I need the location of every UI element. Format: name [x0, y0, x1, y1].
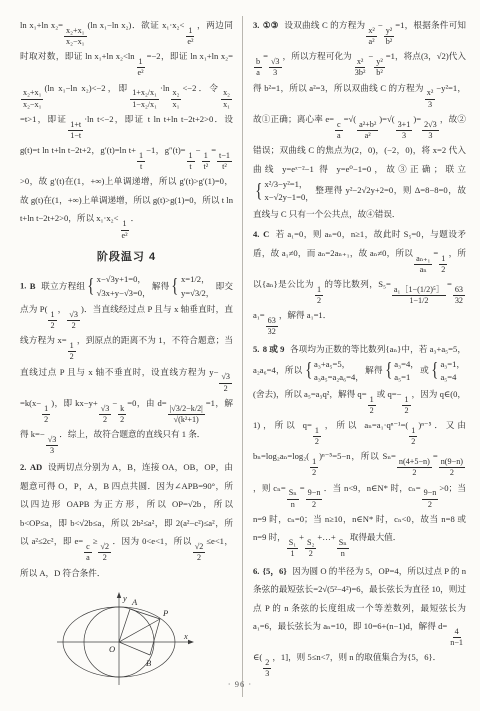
fraction: a²+b²a²: [357, 120, 378, 141]
fraction: √32: [67, 310, 80, 331]
segment-BP: [150, 619, 160, 655]
item-number: 5.: [253, 344, 259, 354]
fraction: 6332: [453, 285, 465, 306]
fraction: √22: [98, 542, 111, 563]
item-number: 2.: [20, 462, 26, 472]
fraction: 3+13: [396, 120, 413, 141]
fraction: t−1t²: [217, 151, 232, 172]
fraction: x²3b²: [353, 57, 368, 78]
fraction: k2: [118, 404, 126, 425]
item-number: 1.: [20, 281, 26, 291]
segment-OB: [119, 642, 150, 655]
fraction: 4n−1: [448, 627, 465, 648]
fraction: 1t²: [201, 151, 210, 172]
fraction: 12: [402, 395, 410, 416]
fraction: 1t: [187, 151, 195, 172]
fraction: 12: [313, 426, 321, 447]
figure-svg: y x O A P B: [53, 590, 201, 690]
fraction: y²b²: [384, 26, 395, 47]
fraction: y²b²: [374, 57, 385, 78]
item-answer: B: [29, 281, 37, 291]
point-p-label: P: [162, 608, 168, 618]
fraction: ca: [335, 120, 343, 141]
fraction: ca: [84, 542, 92, 563]
fraction: S₁1: [287, 538, 298, 559]
item-number: 6.: [253, 566, 259, 576]
item-solution-text: 联立方程组{x−√3y+1=0，√3x+y−√3=0，解得{x=1/2，y=√3…: [20, 281, 233, 440]
item-number: 4.: [253, 229, 259, 239]
equation-system: {x−√3y+1=0，√3x+y−√3=0，: [86, 273, 151, 300]
right-solution-list: 3. ①③ 设双曲线 C 的方程为x²a²−y²b²=1，根据条件可知ba=√3…: [253, 16, 466, 680]
x-axis-label: x: [183, 631, 188, 641]
fraction: 6332: [266, 316, 278, 337]
equation-system: {a₃=4，a₅=1: [384, 358, 419, 385]
continuation-paragraph: ln x₁+ln x₂=x₂+x₁x₂−x₁(ln x₁−ln x₂)．欲证 x…: [20, 16, 233, 241]
fraction: x₂+x₁x₂−x₁: [21, 88, 43, 109]
item-solution-text: 因为圆 O 的半径为 5，OP=4，所以过点 P 的 n 条弦的最短弦长=2√(…: [253, 566, 466, 663]
fraction: |√3/2−k/2|√(k²+1): [168, 404, 205, 425]
fraction: ba: [254, 57, 262, 78]
solution-item: 5. 8 或 9 各项均为正数的等比数列{aₙ}中，若 a₃+a₅=5，a₂a₆…: [253, 340, 466, 560]
fraction: 1e²: [185, 26, 195, 47]
brace-icon: {: [172, 279, 179, 295]
fraction: 12: [48, 310, 56, 331]
origin-label: O: [109, 644, 115, 654]
fraction: 12: [68, 341, 76, 362]
fraction: 9−n2: [422, 488, 439, 509]
fraction: x₂+x₁x₂−x₁: [64, 26, 86, 47]
fraction: x²a²: [366, 26, 377, 47]
left-column: ln x₁+ln x₂=x₂+x₁x₂−x₁(ln x₁−ln x₂)．欲证 x…: [20, 16, 242, 697]
fraction: aₙ₊₁aₙ: [414, 254, 432, 275]
page-number: · 96 ·: [0, 679, 480, 689]
fraction: √22: [193, 542, 206, 563]
fraction: √33: [46, 435, 59, 456]
solution-item: 4. C 若 a₁=0，则 aₙ=0，n≥1，故此时 S₅=0，与题设矛盾，故 …: [253, 225, 466, 337]
item-answer: 8 或 9: [262, 344, 286, 354]
y-axis-arrow-icon: [116, 592, 120, 598]
fraction: √32: [99, 404, 112, 425]
equation-system: {a₃+a₅=5，a₃a₅=a₂a₆=4，: [304, 358, 364, 385]
item-answer: {5，6}: [262, 566, 288, 576]
equation-system: {x²/3−y²=1，x−√2y−1=0，: [254, 178, 314, 205]
solution-item: 3. ①③ 设双曲线 C 的方程为x²a²−y²b²=1，根据条件可知ba=√3…: [253, 16, 466, 223]
fraction: 1e²: [120, 219, 130, 240]
fraction: 23: [263, 658, 271, 679]
brace-icon: {: [255, 184, 262, 200]
segment-AP: [130, 609, 160, 619]
item-solution-text: 各项均为正数的等比数列{aₙ}中，若 a₃+a₅=5，a₂a₆=4，所以{a₃+…: [253, 344, 466, 543]
brace-icon: {: [87, 279, 94, 295]
item-solution-text: 若 a₁=0，则 aₙ=0，n≥1，故此时 S₅=0，与题设矛盾，故 a₁≠0，…: [253, 229, 466, 320]
fraction: x₂x₁: [171, 88, 182, 109]
solution-item: 6. {5，6} 因为圆 O 的半径为 5，OP=4，所以过点 P 的 n 条弦…: [253, 562, 466, 680]
item-solution-text: 设两切点分别为 A，B，连接 OA，OB，OP，由题意可得 O，P，A，B 四点…: [20, 462, 233, 577]
fraction: Sₙn: [287, 488, 299, 509]
fraction: 9−n2: [306, 488, 323, 509]
solution-item: 2. AD 设两切点分别为 A，B，连接 OA，OB，OP，由题意可得 O，P，…: [20, 458, 233, 582]
fraction: 12: [42, 404, 50, 425]
fraction: n(9−n)2: [439, 457, 465, 478]
fraction: 12: [315, 285, 323, 306]
fraction: x₂x₁: [221, 88, 232, 109]
item-solution-text: 设双曲线 C 的方程为x²a²−y²b²=1，根据条件可知ba=√33，所以方程…: [253, 20, 466, 219]
y-axis-label: y: [122, 593, 127, 603]
two-column-layout: ln x₁+ln x₂=x₂+x₁x₂−x₁(ln x₁−ln x₂)．欲证 x…: [0, 0, 480, 697]
section-heading: 阶段温习 4: [20, 246, 233, 270]
fraction: 1+x₂/x₁1−x₂/x₁: [130, 88, 159, 109]
fraction: 12: [368, 395, 376, 416]
item-answer: AD: [29, 462, 43, 472]
fraction: n(4+5−n)2: [397, 457, 432, 478]
point-b-label: B: [146, 658, 151, 668]
fraction: 12: [310, 457, 318, 478]
fraction: 12: [439, 254, 447, 275]
book-page: ln x₁+ln x₂=x₂+x₁x₂−x₁(ln x₁−ln x₂)．欲证 x…: [0, 0, 480, 711]
fraction: a₁［1−(1/2)⁵］1−1/2: [392, 285, 446, 306]
right-column: 3. ①③ 设双曲线 C 的方程为x²a²−y²b²=1，根据条件可知ba=√3…: [242, 16, 466, 697]
brace-icon: {: [305, 363, 312, 379]
brace-icon: {: [385, 363, 392, 379]
item-answer: ①③: [262, 20, 280, 30]
item-answer: C: [262, 229, 270, 239]
fraction: 12: [409, 426, 417, 447]
fraction: 1e²: [136, 57, 146, 78]
equation-system: {x=1/2，y=√3/2，: [170, 273, 214, 300]
fraction: x²3: [425, 88, 436, 109]
brace-icon: {: [431, 363, 438, 379]
fraction: √32: [219, 372, 232, 393]
x-axis-arrow-icon: [188, 640, 194, 644]
equation-system: {a₃=1，a₅=4: [430, 358, 465, 385]
point-a-label: A: [131, 597, 138, 607]
fraction: 2√33: [422, 120, 439, 141]
fraction: Sₙn: [337, 538, 349, 559]
fraction: 1+t1−t: [68, 120, 83, 141]
fraction: 1t: [137, 151, 145, 172]
left-solution-list: 1. B 联立方程组{x−√3y+1=0，√3x+y−√3=0，解得{x=1/2…: [20, 273, 233, 582]
solution-item: 1. B 联立方程组{x−√3y+1=0，√3x+y−√3=0，解得{x=1/2…: [20, 273, 233, 456]
fraction: S₂2: [305, 538, 316, 559]
fraction: √33: [269, 57, 282, 78]
item-number: 3.: [253, 20, 259, 30]
